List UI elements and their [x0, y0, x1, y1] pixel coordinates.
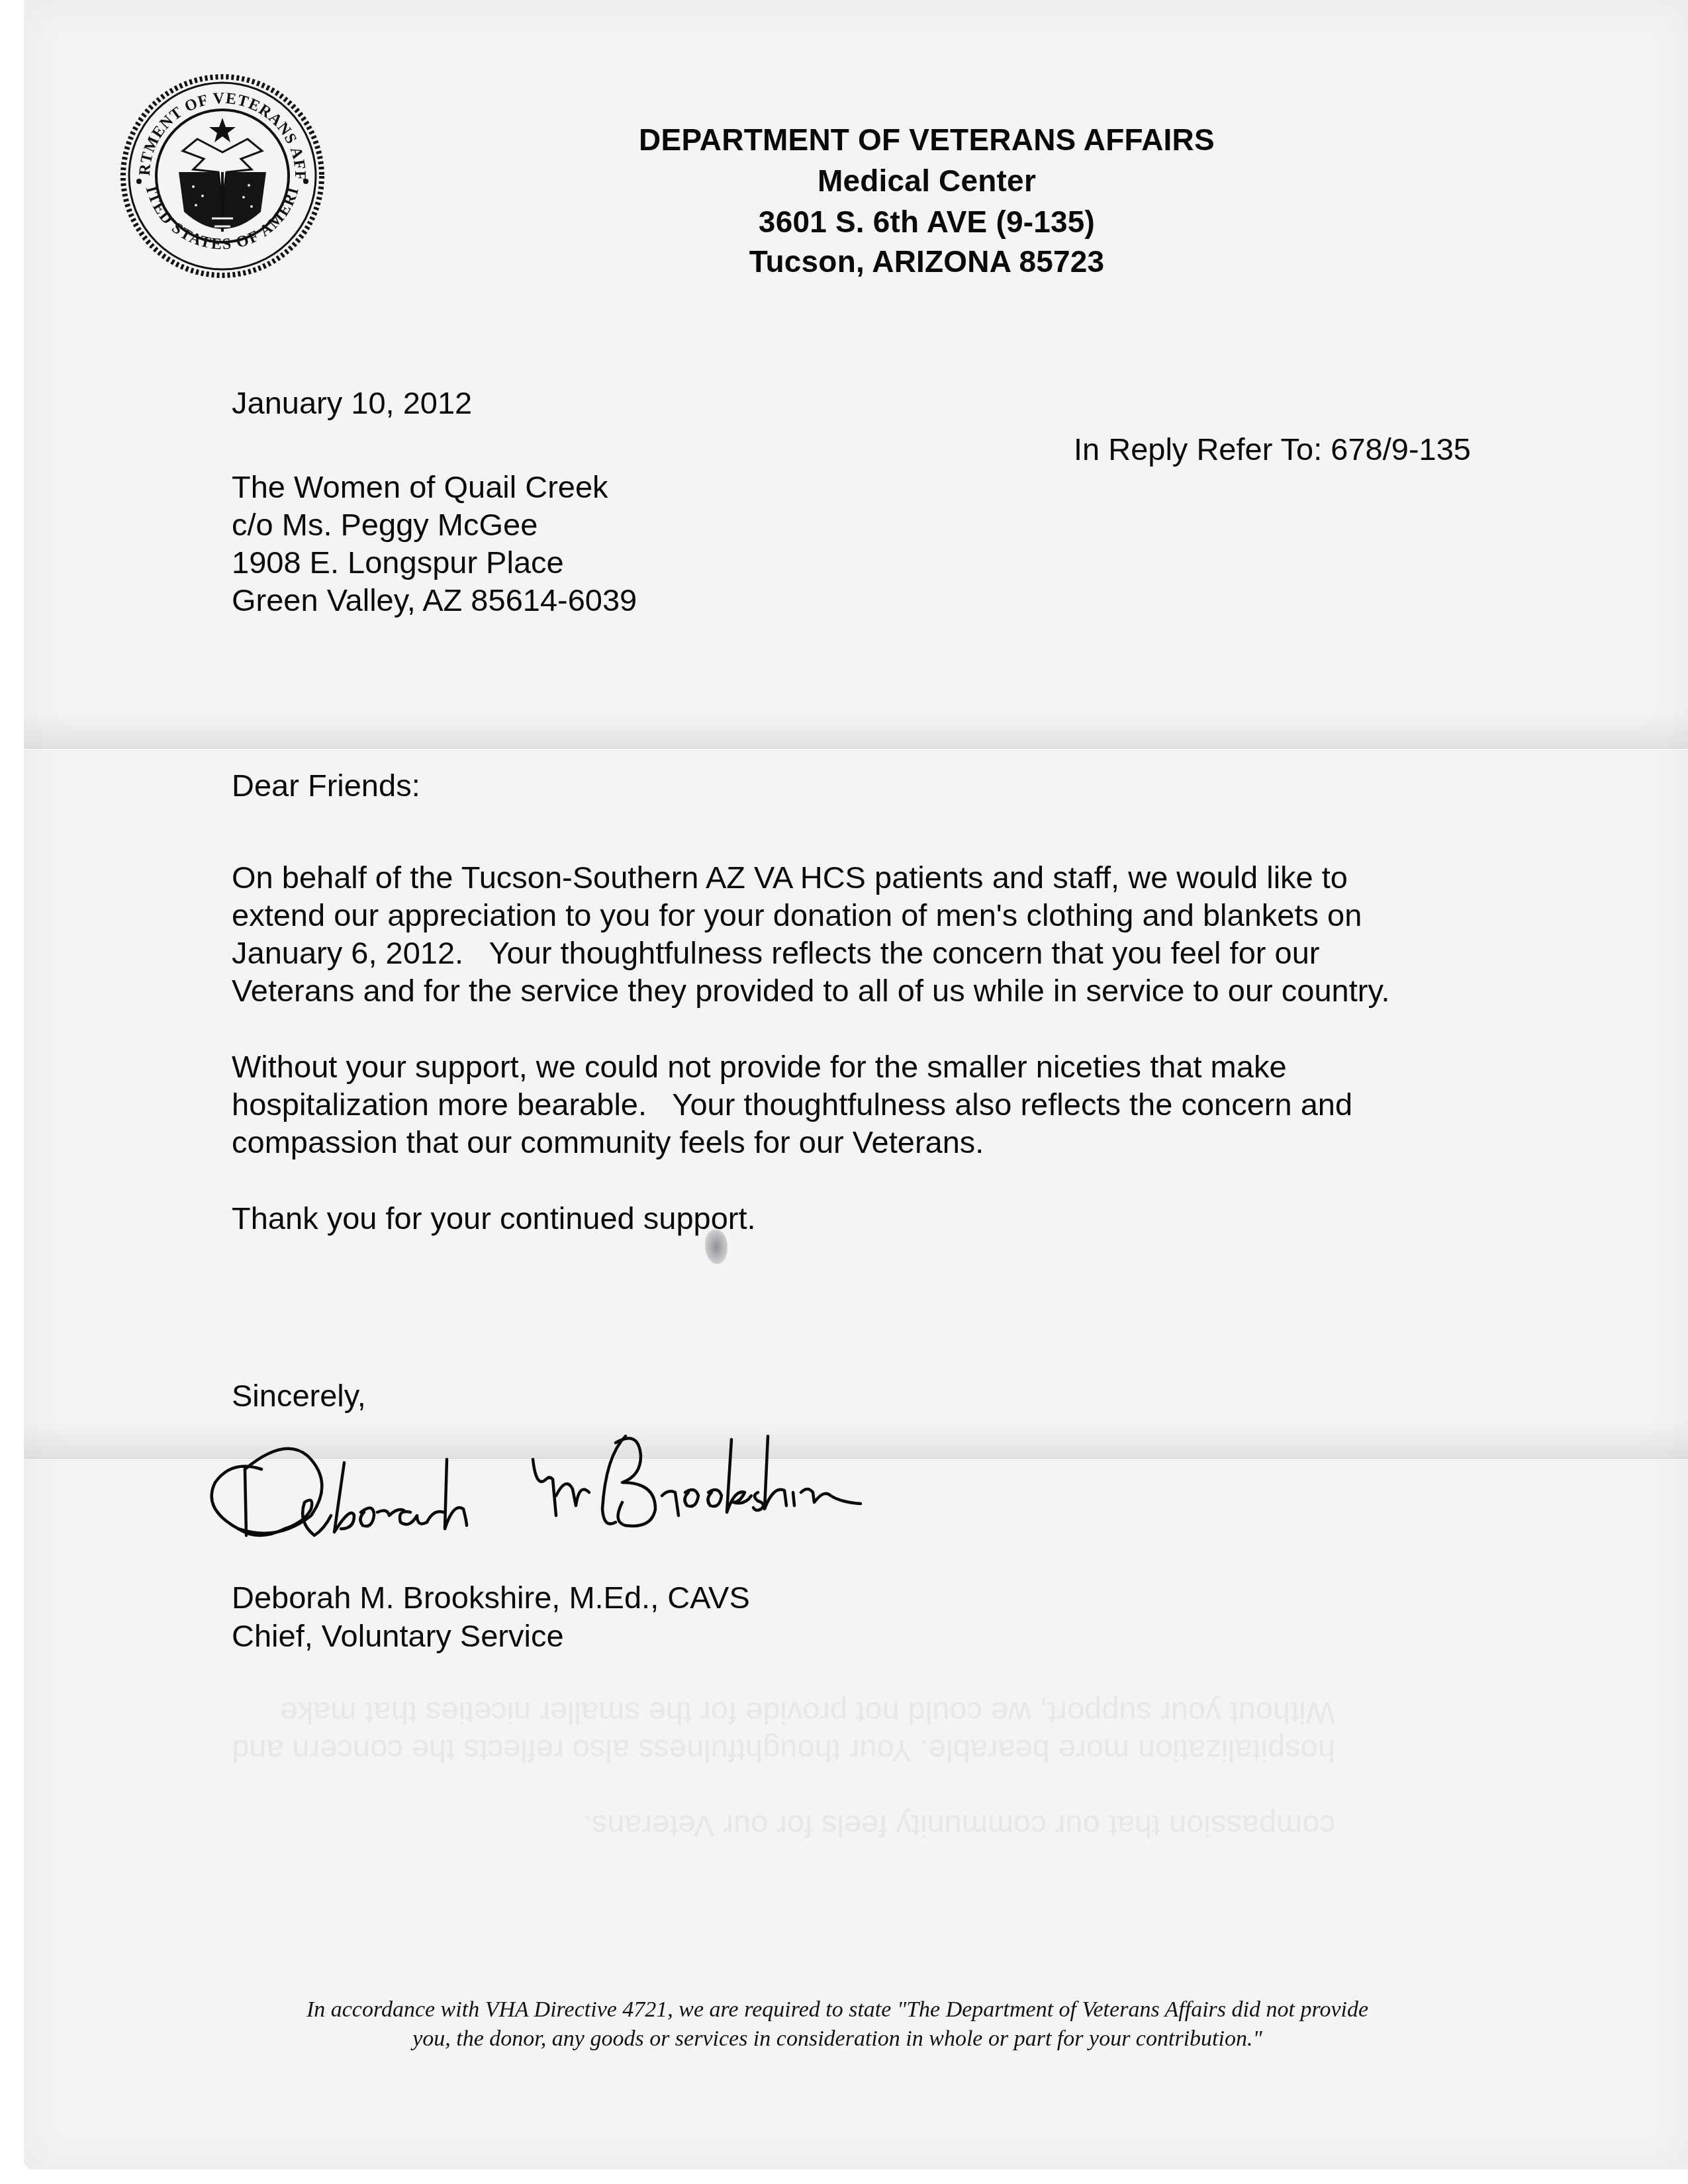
disclaimer-line: you, the donor, any goods or services in… [225, 2025, 1450, 2054]
signature-icon [199, 1430, 1198, 1555]
thank-you-line: Thank you for your continued support. [232, 1199, 756, 1237]
salutation: Dear Friends: [232, 766, 420, 804]
vha-directive-disclaimer: In accordance with VHA Directive 4721, w… [225, 1995, 1450, 2054]
recipient-address: The Women of Quail Creek c/o Ms. Peggy M… [232, 468, 637, 619]
paragraph-line: hospitalization more bearable. Your thou… [232, 1085, 1352, 1123]
letterhead-city: Tucson, ARIZONA 85723 [463, 241, 1390, 282]
disclaimer-line: In accordance with VHA Directive 4721, w… [225, 1995, 1450, 2025]
paragraph-line: Veterans and for the service they provid… [232, 972, 1390, 1009]
recipient-line: The Women of Quail Creek [232, 468, 637, 506]
ink-smudge [705, 1230, 727, 1264]
paragraph-line: Without your support, we could not provi… [232, 1048, 1352, 1085]
body-paragraph-1: On behalf of the Tucson-Southern AZ VA H… [232, 858, 1390, 1009]
paragraph-line: January 6, 2012. Your thoughtfulness ref… [232, 934, 1390, 972]
paragraph-line: compassion that our community feels for … [232, 1123, 1352, 1161]
letter-date: January 10, 2012 [232, 384, 472, 422]
va-seal-icon: DEPARTMENT OF VETERANS AFFAIRS UNITED ST… [119, 73, 326, 279]
recipient-line: 1908 E. Longspur Place [232, 543, 637, 581]
paragraph-line: On behalf of the Tucson-Southern AZ VA H… [232, 858, 1390, 896]
reply-reference: In Reply Refer To: 678/9-135 [1074, 430, 1471, 468]
recipient-line: c/o Ms. Peggy McGee [232, 506, 637, 543]
recipient-line: Green Valley, AZ 85614-6039 [232, 581, 637, 619]
body-paragraph-2: Without your support, we could not provi… [232, 1048, 1352, 1161]
letterhead-street: 3601 S. 6th AVE (9-135) [463, 201, 1390, 242]
bleed-through-text: compassion that our community feels for … [232, 1694, 1335, 1845]
signatory-title: Chief, Voluntary Service [232, 1617, 564, 1655]
signatory-name: Deborah M. Brookshire, M.Ed., CAVS [232, 1578, 750, 1616]
valediction: Sincerely, [232, 1377, 366, 1414]
letterhead-facility: Medical Center [463, 160, 1390, 201]
letterhead-department: DEPARTMENT OF VETERANS AFFAIRS [463, 119, 1390, 160]
paragraph-line: extend our appreciation to you for your … [232, 896, 1390, 934]
